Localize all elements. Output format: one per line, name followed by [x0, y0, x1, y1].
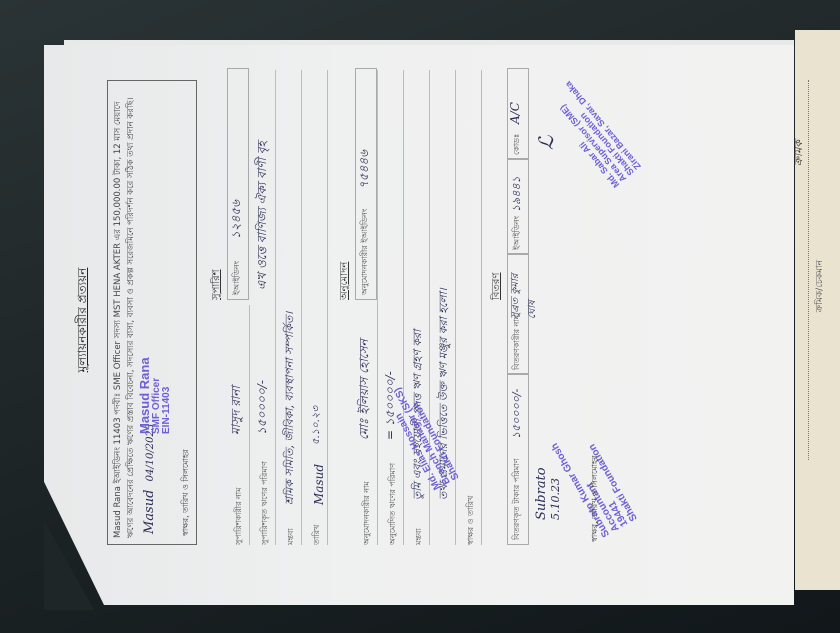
approver-name-row: অনুমোদনকারীর নাম মোঃ ইলিয়াস হোসেন — [357, 70, 378, 545]
disbursement-title: বিতরণ — [489, 273, 506, 300]
evaluator-stamp: Masud Rana SMF Officer EIN-11403 — [138, 357, 173, 434]
disburser-name-box: বিতরণকারীর নাম সুব্রত কুমার ঘোষ — [507, 253, 529, 375]
approved-amount-row: অনুমোদিত ঋণের পরিমাণ = ১৫০০০০/- — [381, 70, 404, 545]
evaluator-sign-label: স্বাক্ষর, তারিখ ও সিলমোহর — [180, 449, 193, 536]
underlying-dotted-line — [808, 80, 810, 460]
evaluator-signature: Masud 04/10/2023 — [142, 424, 157, 534]
recommendation-date-row: তারিখ Masud ৫.১০.২৩ — [305, 70, 328, 545]
recommended-amount-row: সুপারিশকৃত ঋণের পরিমাণ ১৫০০০০/- এখ ওত্তে… — [253, 70, 276, 545]
recommendation-eid-box: ইআইডিনং ১২৪৫৬ — [227, 68, 249, 300]
evaluator-box: Masud Rana ইআইডিনং 11403 পদবীঃ SME Offic… — [107, 80, 197, 545]
disburser-signature: Subrato 5.10.23 — [534, 467, 562, 520]
disburser-eid-box: ইআইডিনং ১৯৪৪১ — [507, 158, 529, 255]
underlying-page-label: ক্রমিক/চেকমান — [812, 260, 827, 312]
document-title: মূল্যায়নকারীর প্রত্যয়ন — [74, 50, 94, 590]
recommender-name-row: সুপারিশকারীর নাম মাসুদ রানা — [229, 305, 250, 545]
recommendation-title: সুপারিশ — [209, 269, 226, 300]
approval-sign-row: স্বাক্ষর ও তারিখ — [459, 70, 482, 545]
approval-title: অনুমোদন — [337, 262, 354, 300]
area-supervisor-stamp: Md. Sabar Ali Area Supervisor (SME) Shak… — [542, 79, 643, 189]
disbursed-amount-box: বিতরণকৃত টাকার পরিমাণ ১৫০০০০/- — [507, 373, 529, 545]
rotated-document: মূল্যায়নকারীর প্রত্যয়ন Masud Rana ইআইড… — [44, 40, 794, 600]
intro-text: Masud Rana ইআইডিনং 11403 পদবীঃ SME Offic… — [112, 87, 138, 538]
code-box: কোডঃ A/C — [507, 68, 529, 160]
supervisor-signature: ℒ — [534, 136, 558, 150]
disburser-sign-label: স্বাক্ষর, তারিখ ও সিলমোহর — [589, 455, 602, 542]
recommendation-remarks-row: মন্তব্য শ্রমিক সমিতি, জীবিকা, ব্যবস্থাপন… — [279, 70, 302, 545]
